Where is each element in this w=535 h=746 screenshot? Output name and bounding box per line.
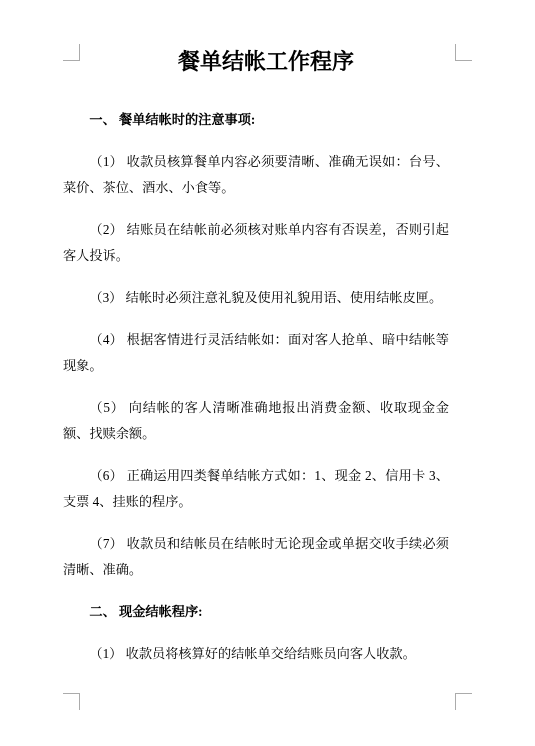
section-1-item-3: （3） 结帐时必须注意礼貌及使用礼貌用语、使用结帐皮匣。 [63, 285, 449, 311]
section-2-item-1: （1） 收款员将核算好的结帐单交给结账员向客人收款。 [63, 641, 449, 667]
margin-mark-top-right [455, 44, 472, 61]
section-1-item-6: （6） 正确运用四类餐单结帐方式如：1、现金 2、信用卡 3、支票 4、挂账的程… [63, 463, 449, 515]
document-body: 餐单结帐工作程序 一、 餐单结帐时的注意事项: （1） 收款员核算餐单内容必须要… [63, 47, 449, 683]
document-title: 餐单结帐工作程序 [63, 47, 449, 77]
section-1-item-7: （7） 收款员和结帐员在结帐时无论现金或单据交收手续必须清晰、准确。 [63, 531, 449, 583]
section-1-item-1: （1） 收款员核算餐单内容必须要清晰、准确无误如：台号、菜价、茶位、酒水、小食等… [63, 149, 449, 201]
margin-mark-bottom-right [455, 693, 472, 710]
section-1-item-2: （2） 结账员在结帐前必须核对账单内容有否误差，否则引起客人投诉。 [63, 217, 449, 269]
margin-mark-bottom-left [63, 693, 80, 710]
section-1-heading: 一、 餐单结帐时的注意事项: [63, 107, 449, 133]
section-1-item-5: （5） 向结帐的客人清晰准确地报出消费金额、收取现金金额、找赎余额。 [63, 395, 449, 447]
section-2-heading: 二、 现金结帐程序: [63, 599, 449, 625]
document-page: 餐单结帐工作程序 一、 餐单结帐时的注意事项: （1） 收款员核算餐单内容必须要… [0, 0, 535, 746]
section-1-item-4: （4） 根据客情进行灵活结帐如：面对客人抢单、暗中结帐等现象。 [63, 327, 449, 379]
